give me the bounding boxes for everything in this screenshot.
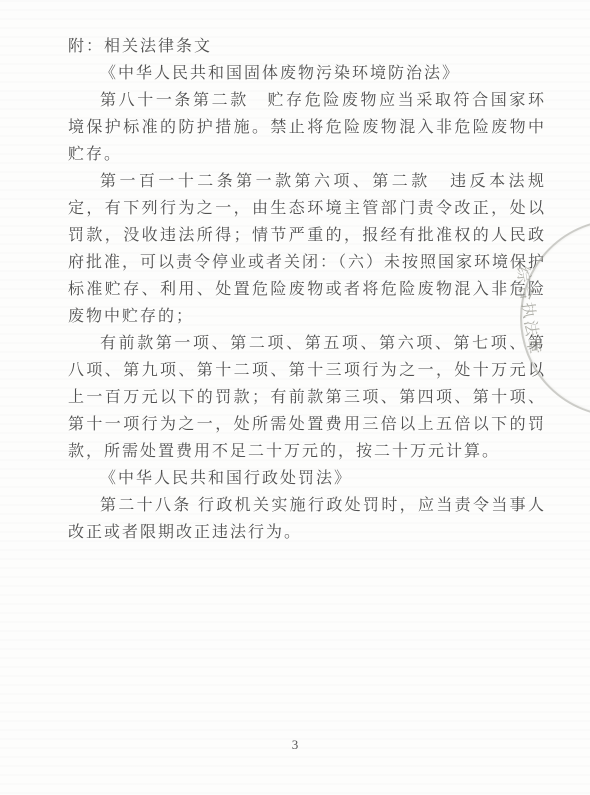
attachment-heading: 附：相关法律条文: [68, 33, 546, 60]
document-body: 附：相关法律条文 《中华人民共和国固体废物污染环境防治法》 第八十一条第二款 贮…: [68, 33, 546, 546]
article-112-penalty-paragraph: 有前款第一项、第二项、第五项、第六项、第七项、第八项、第九项、第十二项、第十三项…: [68, 330, 546, 465]
article-28-paragraph: 第二十八条 行政机关实施行政处罚时，应当责令当事人改正或者限期改正违法行为。: [68, 492, 546, 546]
article-112-paragraph: 第一百一十二条第一款第六项、第二款 违反本法规定，有下列行为之一，由生态环境主管…: [68, 168, 546, 330]
scanned-document-page: 附：相关法律条文 《中华人民共和国固体废物污染环境防治法》 第八十一条第二款 贮…: [0, 0, 590, 795]
law-title-solid-waste-law: 《中华人民共和国固体废物污染环境防治法》: [68, 60, 546, 87]
law-title-administrative-penalty-law: 《中华人民共和国行政处罚法》: [68, 465, 546, 492]
page-number: 3: [0, 737, 590, 753]
article-81-paragraph: 第八十一条第二款 贮存危险废物应当采取符合国家环境保护标准的防护措施。禁止将危险…: [68, 87, 546, 168]
